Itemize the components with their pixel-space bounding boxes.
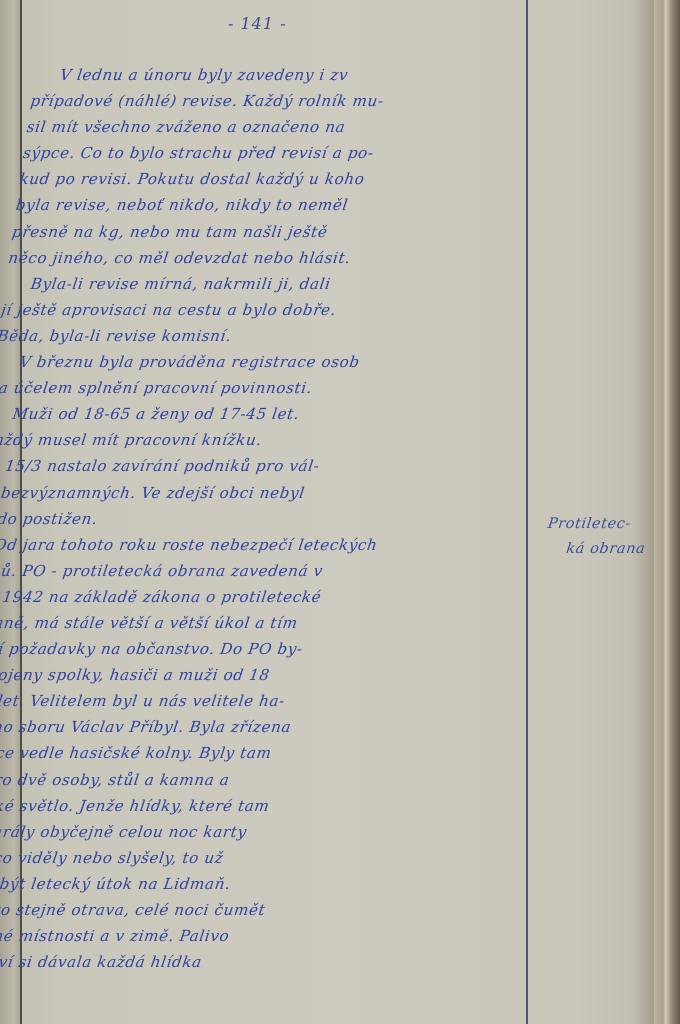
text-line: V březnu byla prováděna registrace osob: [0, 349, 496, 375]
text-line: sil mít všechno zváženo a označeno na: [25, 114, 529, 140]
text-line: Každý musel mít pracovní knížku.: [0, 427, 485, 453]
text-line: Běda, byla-li revise komisní.: [0, 323, 499, 349]
text-line: ochraně, má stále větší a větší úkol a t…: [0, 610, 459, 636]
text-line: elektrické světlo. Jenže hlídky, které t…: [0, 793, 433, 819]
text-line: kud po revisi. Pokutu dostal každý u koh…: [18, 166, 522, 192]
text-line: sičského sboru Václav Příbyl. Byla zříze…: [0, 714, 444, 740]
text-line: sama.: [0, 975, 408, 1001]
handwritten-body: V lednu a únoru byly zavedeny i zvpřípad…: [0, 62, 536, 1001]
margin-rule-line: [526, 0, 528, 1024]
margin-note: Protiletec- ká obrana: [542, 512, 679, 562]
text-line: hlídaly, hrály obyčejně celou noc karty: [0, 819, 430, 845]
text-line: by musel být letecký útok na Lidmaň.: [0, 871, 422, 897]
text-line: ly zapojeny spolky, hasiči a muži od 18: [0, 662, 452, 688]
text-line: Od jara tohoto roku roste nebezpečí lete…: [0, 532, 470, 558]
text-line: Byla-li revise mírná, nakrmili ji, dali: [3, 271, 507, 297]
text-line: roce 1942 na základě zákona o protiletec…: [0, 584, 463, 610]
text-line: jí ještě aprovisaci na cestu a bylo dobř…: [0, 297, 503, 323]
text-line: nikdo postižen.: [0, 506, 474, 532]
text-line: strážnice vedle hasičské kolny. Byly tam: [0, 740, 441, 766]
text-line: případové (náhlé) revise. Každý rolník m…: [29, 88, 533, 114]
margin-note-line: Protiletec-: [546, 512, 680, 537]
page-number: - 141 -: [228, 14, 287, 33]
text-line: něco jiného, co měl odevzdat nebo hlásit…: [7, 245, 511, 271]
text-line: nebylo, dříví si dávala každá hlídka: [0, 949, 411, 975]
text-line: ku bezvýznamných. Ve zdejší obci nebyl: [0, 480, 477, 506]
text-line: do 60 let. Velitelem byl u nás velitele …: [0, 688, 448, 714]
text-line: a aby něco viděly nebo slyšely, to už: [0, 845, 426, 871]
text-line: Muži od 18-65 a ženy od 17-45 let.: [0, 401, 488, 427]
text-line: útoků. PO - protiletecká obrana zavedená…: [0, 558, 466, 584]
text-line: lůžka pro dvě osoby, stůl a kamna a: [0, 767, 437, 793]
text-line: byla revise, neboť nikdo, nikdy to neměl: [14, 192, 518, 218]
text-line: v začouzené místnosti a v zimě. Palivo: [0, 923, 415, 949]
text-line: přesně na kg, nebo mu tam našli ještě: [10, 219, 514, 245]
text-line: V lednu a únoru byly zavedeny i zv: [32, 62, 536, 88]
text-line: za účelem splnění pracovní povinnosti.: [0, 375, 492, 401]
margin-note-line: ká obrana: [542, 537, 676, 562]
scanned-chronicle-page: - 141 - V lednu a únoru byly zavedeny i …: [0, 0, 680, 1024]
text-line: i větší požadavky na občanstvo. Do PO by…: [0, 636, 455, 662]
text-line: 15/3 nastalo zavírání podniků pro vál-: [0, 453, 481, 479]
text-line: sýpce. Co to bylo strachu před revisí a …: [21, 140, 525, 166]
text-line: Než byla to stejně otrava, celé noci čum…: [0, 897, 419, 923]
